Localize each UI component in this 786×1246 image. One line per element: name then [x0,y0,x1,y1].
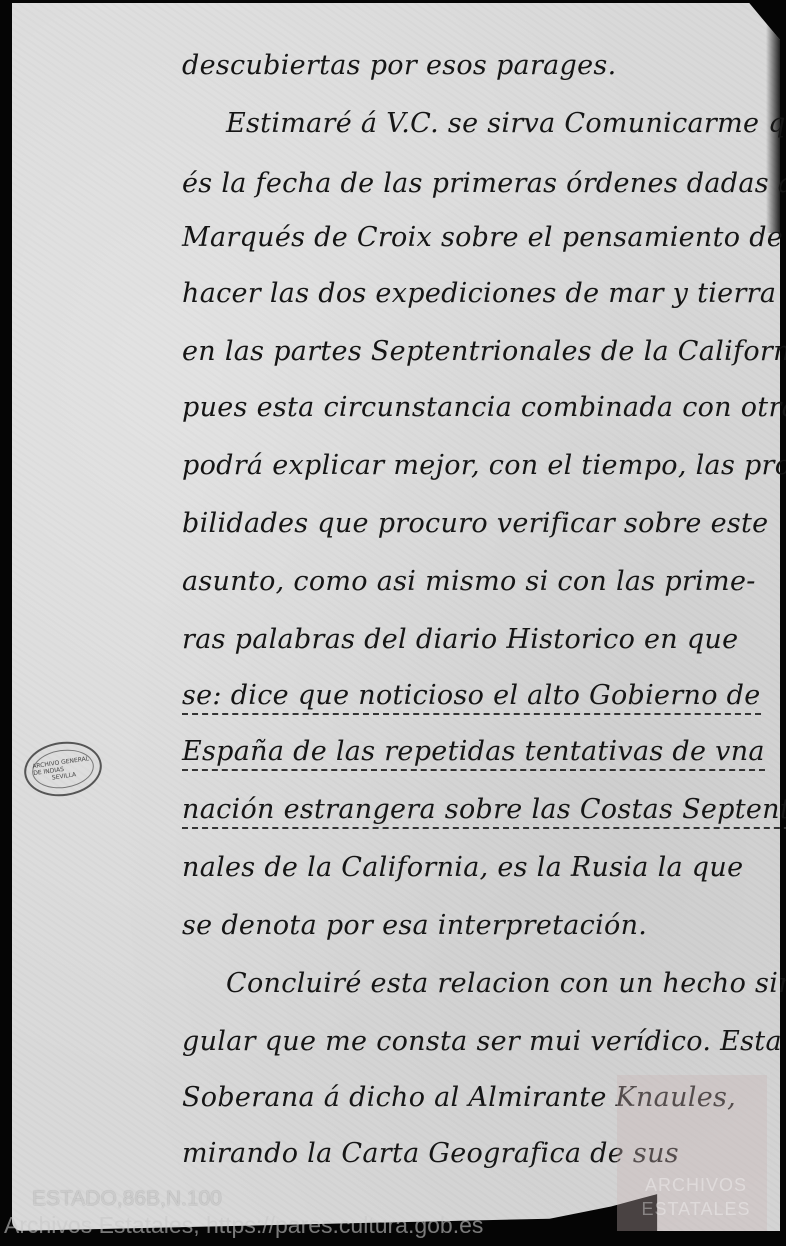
text-line: España de las repetidas tentativas de vn… [182,736,765,771]
watermark-line-1: ARCHIVOS [631,1175,761,1196]
text-line: Estimaré á V.C. se sirva Comunicarme qua… [226,108,786,139]
text-line: podrá explicar mejor, con el tiempo, las… [182,450,786,481]
text-line: se: dice que noticioso el alto Gobierno … [182,680,761,715]
archive-watermark: ARCHIVOS ESTATALES [617,1075,767,1231]
text-line: Marqués de Croix sobre el pensamiento de [182,222,783,253]
text-line: se denota por esa interpretación. [182,910,647,941]
text-line: gular que me consta ser mui verídico. Es… [182,1026,782,1057]
text-line: Concluiré esta relacion con un hecho sin… [226,968,786,999]
text-line: en las partes Septentrionales de la Cali… [182,336,786,367]
source-credit: Archivos Estatales, https://pares.cultur… [4,1212,483,1239]
text-line: descubiertas por esos parages. [182,50,616,81]
text-line: nación estrangera sobre las Costas Septe… [182,794,786,829]
text-line: mirando la Carta Geografica de sus [182,1138,679,1169]
text-line: ras palabras del diario Historico en que [182,624,738,655]
text-line: nales de la California, es la Rusia la q… [182,852,743,883]
text-line: asunto, como asi mismo si con las prime- [182,566,756,597]
text-line: bilidades que procuro verificar sobre es… [182,508,768,539]
text-line: pues esta circunstancia combinada con ot… [182,392,786,423]
document-reference: ESTADO,86B,N.100 [32,1187,222,1211]
text-line: és la fecha de las primeras órdenes dada… [182,168,786,199]
text-line: hacer las dos expediciones de mar y tier… [182,278,776,309]
watermark-line-2: ESTATALES [631,1199,761,1220]
